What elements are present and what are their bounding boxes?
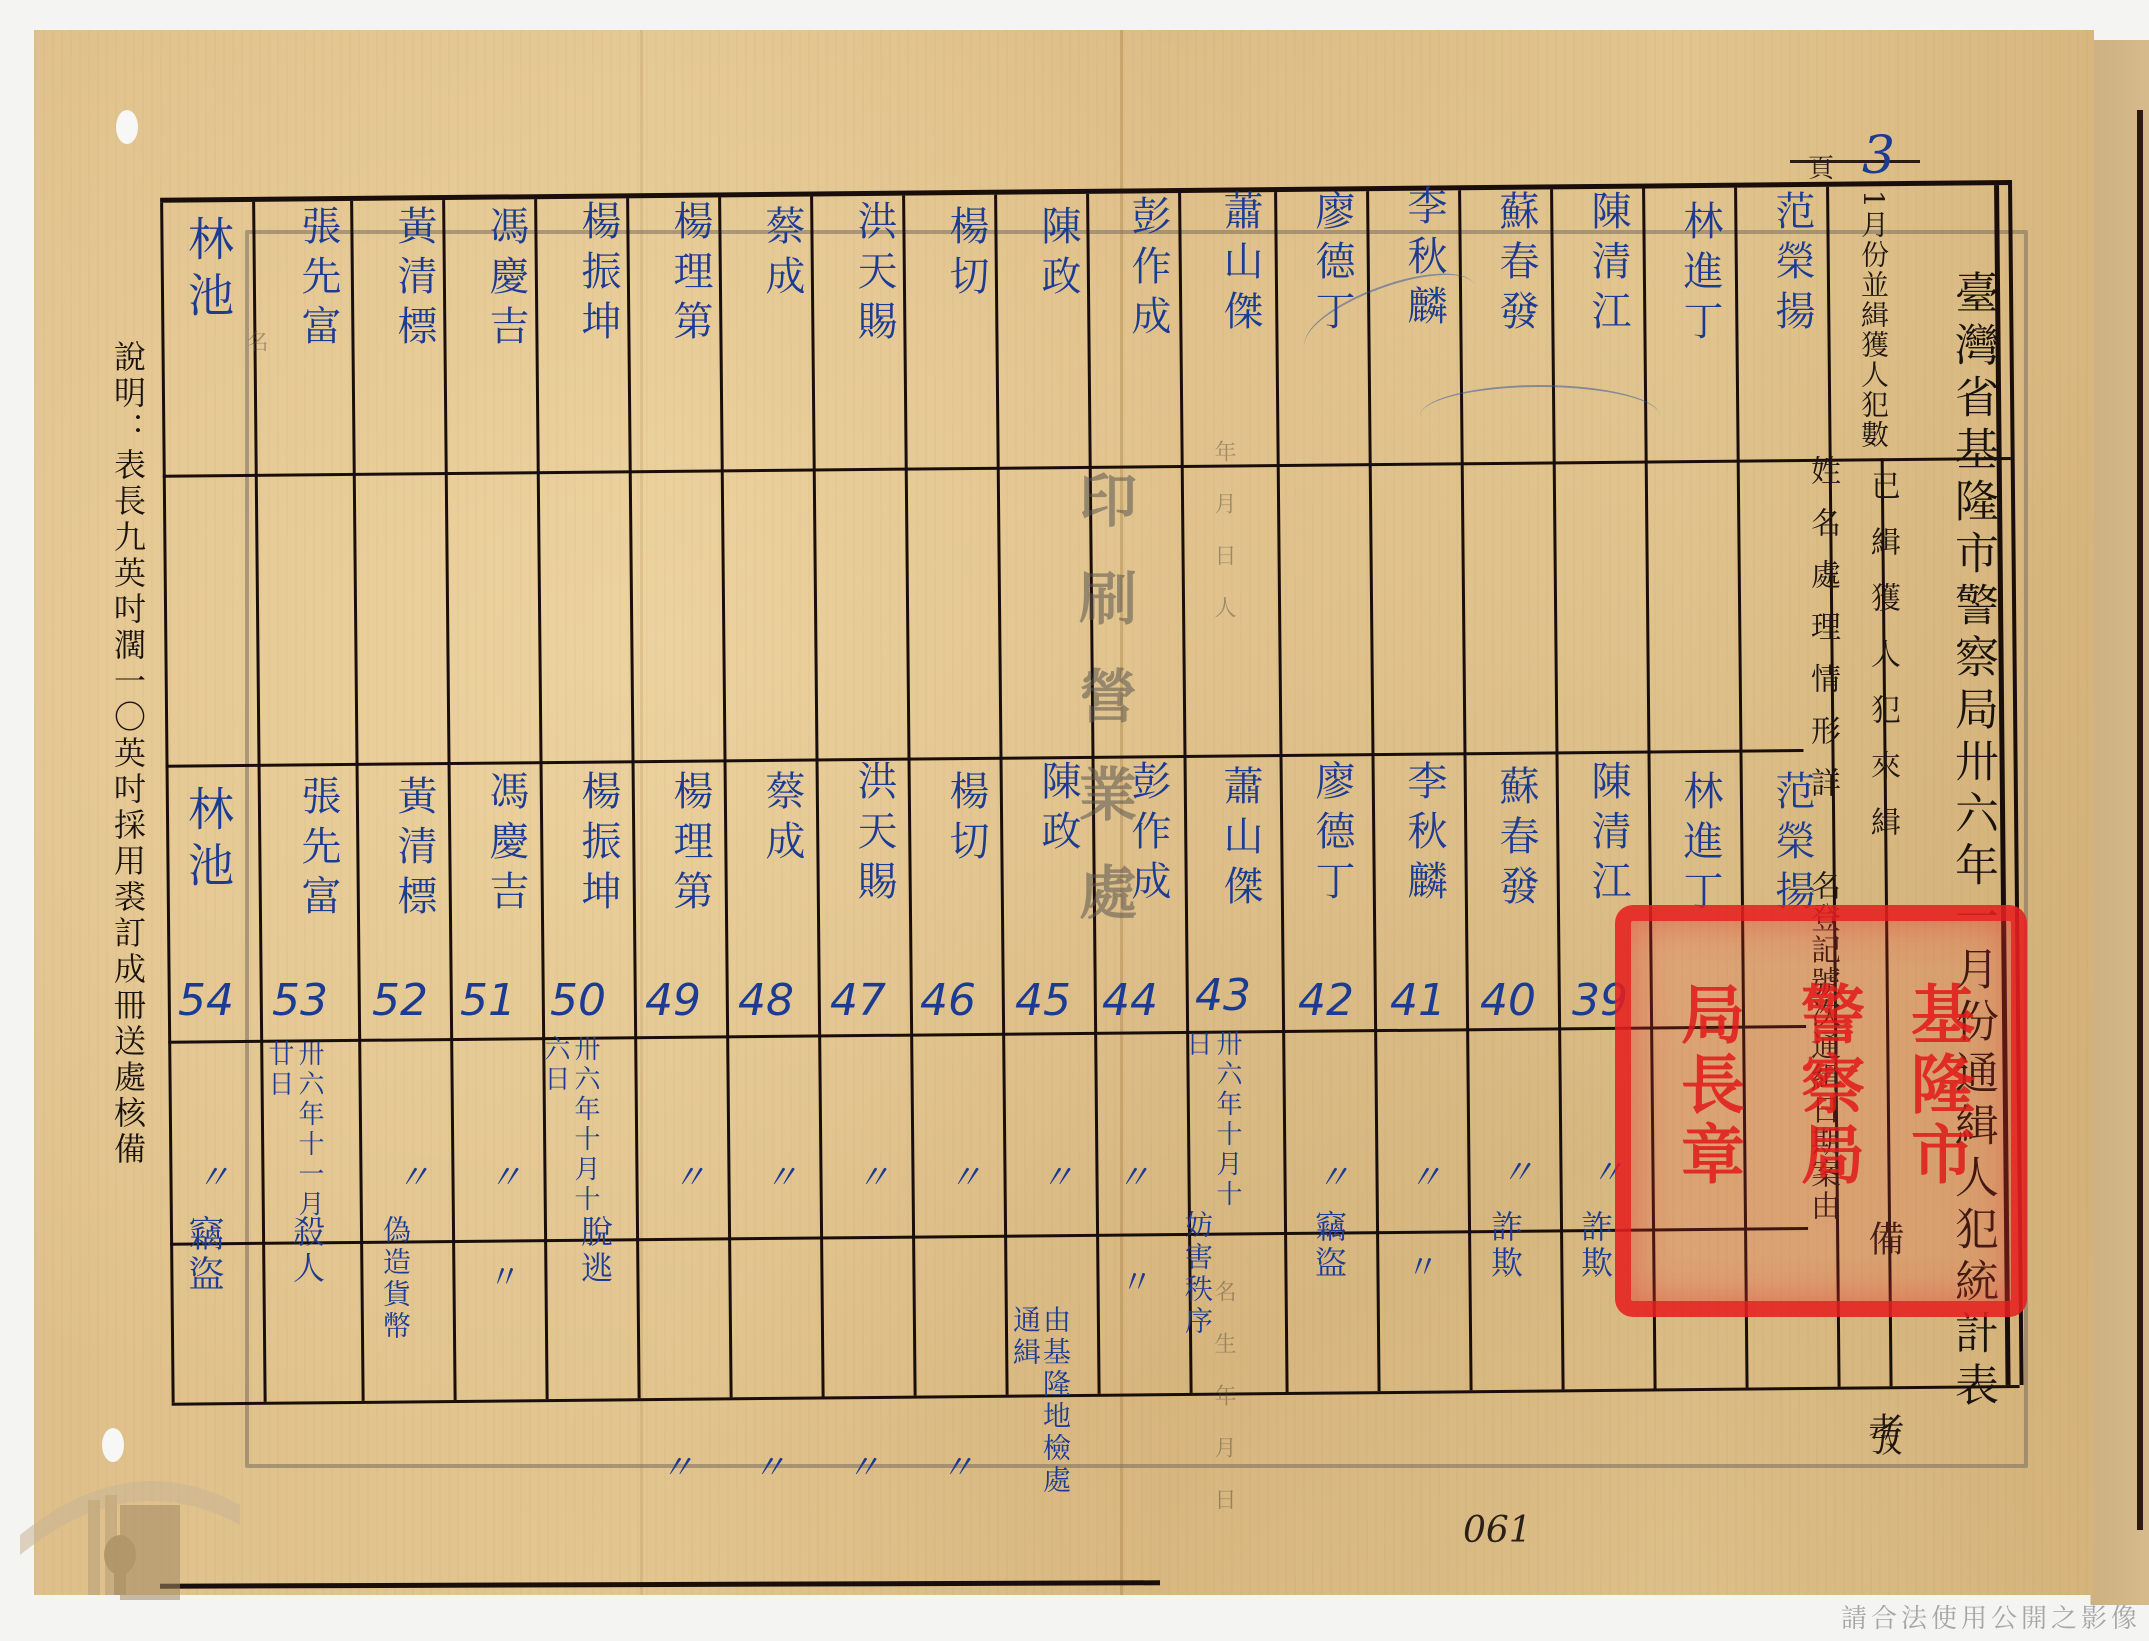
faint-printed-text: 名生年月日 <box>1208 1280 1239 1540</box>
name-bottom: 廖德丁 <box>1304 760 1361 910</box>
registration-number: 47 <box>830 975 886 1026</box>
column-line <box>442 200 457 1400</box>
registration-number: 50 <box>550 975 606 1026</box>
page-underline <box>1790 160 1920 163</box>
folio-number: 061 <box>1463 1510 1532 1551</box>
date-ditto: 〃 <box>1040 1150 1074 1199</box>
registration-number: 52 <box>372 975 428 1026</box>
registration-number: 42 <box>1298 975 1354 1026</box>
case-reason: 脫逃 <box>578 1215 612 1287</box>
date-ditto: 〃 <box>856 1150 890 1199</box>
case-reason: 殺人 <box>290 1215 324 1287</box>
case-reason: 〃 <box>1404 1250 1438 1286</box>
column-line <box>994 195 1009 1395</box>
registration-number: 54 <box>178 975 234 1026</box>
name-top: 楊振坤 <box>570 200 627 350</box>
official-seal: 基隆市 警察局 局長章 <box>1615 905 2027 1317</box>
name-bottom: 陳政 <box>1030 760 1087 860</box>
column-line <box>1458 190 1473 1390</box>
name-top: 陳清江 <box>1580 190 1637 340</box>
side-note-text: 表長九英吋濶一〇英吋採用裘訂成冊送處核備 <box>109 448 147 1168</box>
back-sheet-edge <box>2090 40 2149 1605</box>
date-ditto: 〃 <box>948 1150 982 1199</box>
date-ditto: 〃 <box>846 1440 880 1489</box>
page-number: 3 <box>1862 126 1895 186</box>
footer-watermark: 請合法使用公開之影像 <box>1841 1598 2141 1635</box>
name-bottom: 蔡成 <box>754 770 811 870</box>
registration-number: 45 <box>1015 975 1071 1026</box>
registration-number: 48 <box>738 975 794 1026</box>
archive-logo-icon <box>20 1445 240 1605</box>
column-line <box>902 196 917 1396</box>
name-bottom: 李秋麟 <box>1396 760 1453 910</box>
name-bottom: 蕭山傑 <box>1212 765 1269 915</box>
name-bottom: 林池 <box>175 785 241 897</box>
name-bottom: 洪天賜 <box>846 760 903 910</box>
name-bottom: 范榮揚 <box>1764 770 1821 920</box>
seal-text: 局長章 <box>1661 981 1753 1191</box>
page-label: 頁 <box>1808 148 1834 185</box>
column-line <box>1274 192 1289 1392</box>
registration-number: 43 <box>1195 970 1251 1021</box>
date-ditto: 〃 <box>940 1440 974 1489</box>
extra-remark: 由基隆地檢處通緝 <box>1010 1305 1070 1515</box>
date-ditto: 〃 <box>396 1150 430 1199</box>
month-header: 1月份並緝獲人犯數 <box>1858 190 1888 460</box>
date-ditto: 〃 <box>1116 1150 1150 1199</box>
registration-number: 53 <box>272 975 328 1026</box>
column-line <box>1550 189 1565 1389</box>
name-top: 洪天賜 <box>846 200 903 350</box>
date-ditto: 〃 <box>752 1440 786 1489</box>
name-top: 馮慶吉 <box>478 205 535 355</box>
side-note: 說明：表長九英吋濶一〇英吋採用裘訂成冊送處核備 <box>110 340 146 1168</box>
column-line <box>1366 191 1381 1391</box>
name-top: 陳政 <box>1030 205 1087 305</box>
name-top: 范榮揚 <box>1764 190 1821 340</box>
punch-hole <box>116 110 138 144</box>
name-top: 林池 <box>175 215 241 327</box>
name-bottom: 陳清江 <box>1580 760 1637 910</box>
date-ditto: 〃 <box>660 1440 694 1489</box>
date-handwritten: 卅六年十一月廿日 <box>264 1040 324 1240</box>
case-reason: 〃 <box>1118 1265 1152 1301</box>
remarks-suffix: 攷 <box>1858 1422 1907 1462</box>
registration-number: 51 <box>460 975 516 1026</box>
case-reason: 竊盜 <box>1312 1210 1346 1282</box>
name-top: 蘇春發 <box>1488 190 1545 340</box>
faint-printed-text: 年月日人 <box>1208 440 1239 648</box>
name-bottom: 楊理第 <box>662 770 719 920</box>
name-top: 楊切 <box>938 205 995 305</box>
column-line <box>718 197 733 1397</box>
case-reason: 詐欺 <box>1578 1210 1612 1282</box>
date-ditto: 〃 <box>1408 1150 1442 1199</box>
registration-number: 49 <box>645 975 701 1026</box>
side-note-label: 說明： <box>109 340 147 448</box>
name-top: 蔡成 <box>754 205 811 305</box>
seal-text: 警察局 <box>1781 981 1873 1191</box>
seal-text: 基隆市 <box>1891 981 1983 1191</box>
registration-number: 44 <box>1102 975 1158 1026</box>
case-reason: 偽造貨幣 <box>380 1215 410 1355</box>
name-top: 林進丁 <box>1672 200 1729 350</box>
captured-header: 已緝獲人犯來緝 <box>1860 470 1904 862</box>
date-ditto: 〃 <box>672 1150 706 1199</box>
date-ditto: 〃 <box>1316 1150 1350 1199</box>
name-bottom: 黃清標 <box>386 775 443 925</box>
column-line <box>626 198 641 1398</box>
date-ditto: 〃 <box>764 1150 798 1199</box>
case-reason: 詐欺 <box>1488 1210 1522 1282</box>
column-line <box>350 201 365 1401</box>
name-top: 蕭山傑 <box>1212 190 1269 340</box>
case-reason: 竊盜 <box>186 1215 220 1295</box>
column-line <box>810 197 825 1397</box>
faint-printed-text: 名 <box>240 330 271 382</box>
date-handwritten: 卅六年十月十日 <box>1182 1030 1242 1220</box>
date-handwritten: 卅六年十月十六日 <box>540 1035 600 1235</box>
date-ditto: 〃 <box>488 1150 522 1199</box>
name-bottom: 蘇春發 <box>1488 765 1545 915</box>
name-top: 楊理第 <box>662 200 719 350</box>
case-reason: 〃 <box>486 1260 520 1296</box>
registration-number: 40 <box>1480 975 1536 1026</box>
date-ditto: 〃 <box>196 1150 230 1199</box>
name-bottom: 楊切 <box>938 770 995 870</box>
registration-number: 46 <box>920 975 976 1026</box>
name-bottom: 馮慶吉 <box>478 770 535 920</box>
name-bottom: 張先富 <box>290 775 347 925</box>
blue-pencil-mark <box>1420 385 1660 447</box>
name-top: 張先富 <box>290 205 347 355</box>
name-bottom: 林進丁 <box>1672 770 1729 920</box>
name-bottom: 楊振坤 <box>570 770 627 920</box>
name-top: 黃清標 <box>386 205 443 355</box>
date-ditto: 〃 <box>1500 1145 1534 1194</box>
name-top: 彭作成 <box>1120 195 1177 345</box>
registration-number: 41 <box>1390 975 1446 1026</box>
name-bottom: 彭作成 <box>1120 760 1177 910</box>
name-handling-header: 姓名處理情形詳 <box>1800 455 1844 819</box>
